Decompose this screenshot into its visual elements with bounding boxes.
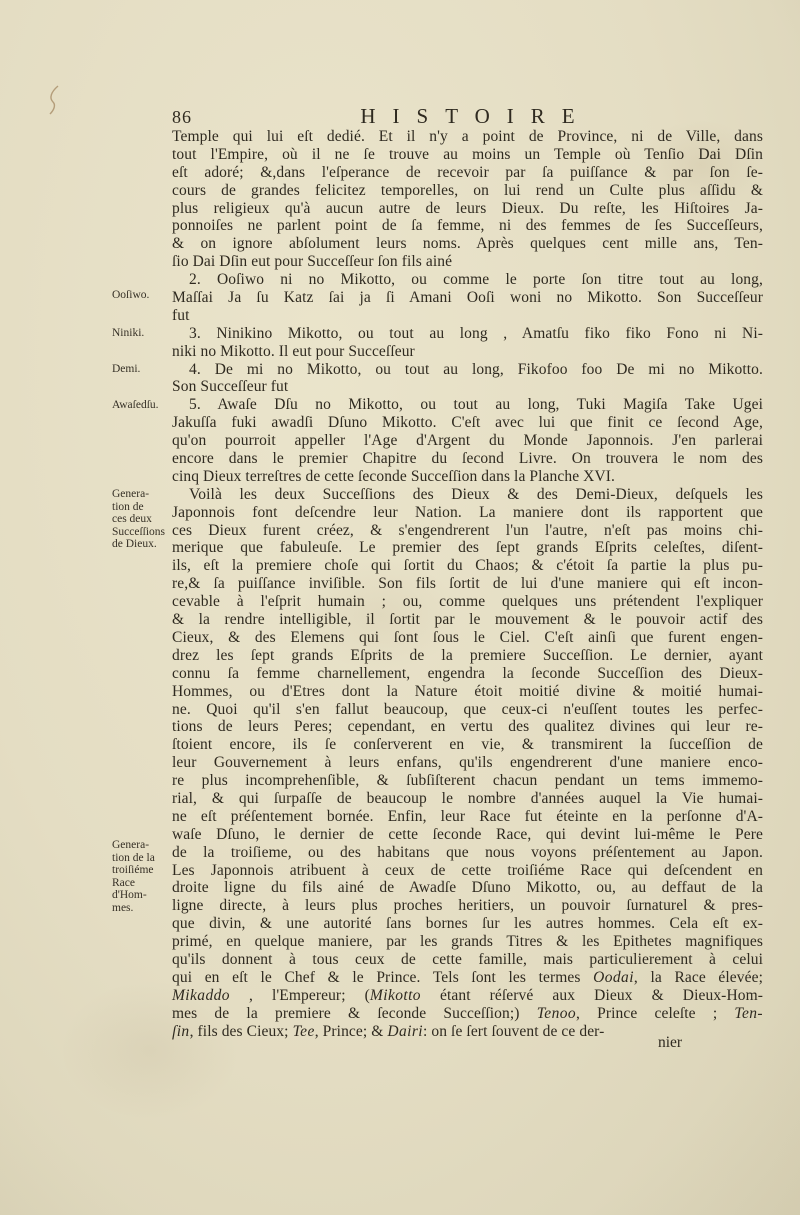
text-line: droite ligne du fils ainé de Awadſe Dſun…	[172, 879, 763, 897]
text-line: 4. De mi no Mikotto, ou tout au long, Fi…	[172, 361, 763, 379]
paragraph: Voilà les deux Succeſſions des Dieux & d…	[172, 486, 763, 1041]
text-line: re,& ſa puiſſance inviſible. Son fils ſo…	[172, 575, 763, 593]
text-line: Cieux, & des Elemens qui ſont ſous le Ci…	[172, 629, 763, 647]
book-page: 86 HISTOIRE Ooſiwo. Niniki. Demi. Awaſed…	[0, 0, 800, 1215]
text-line: Temple qui lui eſt dedié. Et il n'y a po…	[172, 128, 763, 146]
text-line: cours de grandes felicitez temporelles, …	[172, 182, 763, 200]
text-line: mes de la premiere & ſeconde Succeſſion;…	[172, 1005, 763, 1023]
paragraph: 5. Awaſe Dſu no Mikotto, ou tout au long…	[172, 396, 763, 485]
text-line: cevable à l'eſprit humain ; ou, comme qu…	[172, 593, 763, 611]
text-line: Hommes, ou d'Etres dont la Nature étoit …	[172, 683, 763, 701]
text-line: ces Dieux furent créez, & s'engendrerent…	[172, 522, 763, 540]
text-line: Son Succeſſeur fut	[172, 378, 763, 396]
margin-note-awasedsu: Awaſedſu.	[112, 399, 174, 412]
text-line: tout l'Empire, où il ne ſe trouve au moi…	[172, 146, 763, 164]
text-line: merique que fabuleuſe. Le premier des ſe…	[172, 539, 763, 557]
text-line: Mikaddo , l'Empereur; (Mikotto étant réſ…	[172, 987, 763, 1005]
text-line: qu'on pourroit appeller l'Age d'Argent d…	[172, 432, 763, 450]
text-line: de la troiſieme, ou des habitans que nou…	[172, 844, 763, 862]
text-line: Japonnois font deſcendre leur Nation. La…	[172, 504, 763, 522]
text-line: & la rendre intelligible, il ſortit par …	[172, 611, 763, 629]
paragraph: 4. De mi no Mikotto, ou tout au long, Fi…	[172, 361, 763, 397]
catchword: nier	[630, 1034, 710, 1052]
text-line: ligne directe, à leurs plus proches heri…	[172, 897, 763, 915]
text-line: Voilà les deux Succeſſions des Dieux & d…	[172, 486, 763, 504]
text-line: tions de leurs Peres; cependant, en vert…	[172, 718, 763, 736]
margin-note-oosiwo: Ooſiwo.	[112, 289, 174, 302]
text-line: connu ſa femme charnellement, engendra l…	[172, 665, 763, 683]
text-line: qui en eſt le Chef & le Prince. Tels ſon…	[172, 969, 763, 987]
text-line: qu'ils donnent à tous ceux de cette fami…	[172, 951, 763, 969]
paragraph: 2. Ooſiwo ni no Mikotto, ou comme le por…	[172, 271, 763, 325]
text-line: & on ignore abſolument leurs noms. Après…	[172, 235, 763, 253]
text-line: Maſſai Ja ſu Katz ſai ja ſi Amani Ooſi w…	[172, 289, 763, 307]
text-line: ponnoiſes ne parlent point de ſa femme, …	[172, 217, 763, 235]
text-line: plus religieux qu'à aucun autre de leurs…	[172, 200, 763, 218]
text-line: Jakuſſa fuki awadſi Dſuno Mikotto. C'eſt…	[172, 414, 763, 432]
text-line: drez les ſept grands Eſprits de la premi…	[172, 647, 763, 665]
text-line: fut	[172, 307, 763, 325]
text-line: 3. Ninikino Mikotto, ou tout au long , A…	[172, 325, 763, 343]
text-line: encore dans le premier Chapitre du ſecon…	[172, 450, 763, 468]
text-line: ils, eſt la premiere choſe qui ſortit du…	[172, 557, 763, 575]
margin-note-demi: Demi.	[112, 363, 174, 376]
text-line: waſe Dſuno, le dernier de cette ſeconde …	[172, 826, 763, 844]
text-line: ſio Dai Dſin eut pour Succeſſeur ſon fil…	[172, 253, 763, 271]
text-line: cinq Dieux terreſtres de cette ſeconde S…	[172, 468, 763, 486]
page-title: HISTOIRE	[172, 104, 763, 129]
paragraph: Temple qui lui eſt dedié. Et il n'y a po…	[172, 128, 763, 271]
text-line: eſt adoré; &,dans l'eſperance de recevoi…	[172, 164, 763, 182]
text-line: re plus incomprehenſible, & ſubſiſterent…	[172, 772, 763, 790]
body-text: Temple qui lui eſt dedié. Et il n'y a po…	[172, 128, 763, 1040]
text-line: niki no Mikotto. Il eut pour Succeſſeur	[172, 343, 763, 361]
page-header: 86 HISTOIRE	[172, 104, 763, 130]
text-line: que divin, & une autorité ſans bornes ſu…	[172, 915, 763, 933]
text-line: primé, en quelque maniere, par les grand…	[172, 933, 763, 951]
margin-note-niniki: Niniki.	[112, 327, 174, 340]
text-line: 5. Awaſe Dſu no Mikotto, ou tout au long…	[172, 396, 763, 414]
margin-note-generation-deux-successions: Genera- tion de ces deux Succeſſions de …	[112, 488, 174, 551]
text-line: rial, & qui ſurpaſſe de beaucoup le nomb…	[172, 790, 763, 808]
text-line: Les Japonnois atribuent à ceux de cette …	[172, 862, 763, 880]
text-line: ne. Quoi qu'il s'en fallut beaucoup, que…	[172, 701, 763, 719]
ink-squiggle-mark	[46, 84, 68, 116]
paragraph: 3. Ninikino Mikotto, ou tout au long , A…	[172, 325, 763, 361]
text-line: 2. Ooſiwo ni no Mikotto, ou comme le por…	[172, 271, 763, 289]
text-line: leur Gouvernement à leurs enfans, qu'ils…	[172, 754, 763, 772]
text-line: ſtoient encore, ils ſe conſerverent en v…	[172, 736, 763, 754]
margin-note-generation-troisieme-race: Genera- tion de la troiſiéme Race d'Hom-…	[112, 839, 174, 915]
text-line: ne eſt préſentement bornée. Enfin, leur …	[172, 808, 763, 826]
